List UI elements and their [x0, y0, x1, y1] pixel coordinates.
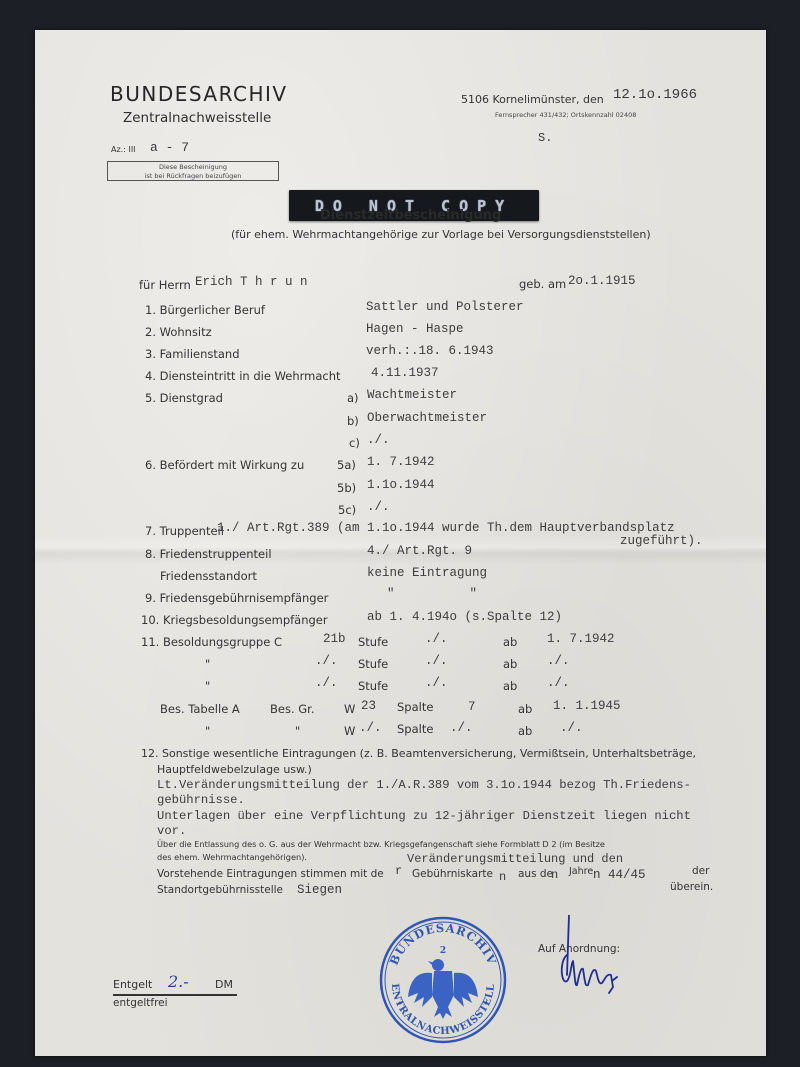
- pay-table-row2-w: W: [344, 724, 355, 738]
- pay-table-label: Bes. Tabelle A: [160, 702, 240, 716]
- field-peace-location-value: keine Eintragung: [367, 566, 487, 580]
- svg-text:BUNDESARCHIV: BUNDESARCHIV: [387, 921, 500, 967]
- field-promoted-label: 6. Befördert mit Wirkung zu: [145, 458, 304, 472]
- org-subdivision: Zentralnachweisstelle: [123, 110, 271, 126]
- eagle-icon: [408, 959, 478, 1019]
- pay-table-row2-from-label: ab: [518, 724, 532, 738]
- pay-row1-step: ./.: [425, 632, 448, 646]
- pay-row1-date: 1. 7.1942: [547, 632, 615, 646]
- promoted-c-key: 5c): [338, 503, 356, 517]
- document-subtitle: (für ehem. Wehrmachtangehörige zur Vorla…: [231, 228, 651, 241]
- pay-table-row1-date: 1. 1.1945: [553, 699, 621, 713]
- enclose-note-line2: ist bei Rückfragen beizufügen: [108, 172, 278, 181]
- remarks-line4: vor.: [157, 824, 186, 838]
- rank-b-key: b): [347, 414, 359, 428]
- pay-table-row1-w: W: [344, 702, 355, 716]
- remarks-line1: Lt.Veränderungsmitteilung der 1./A.R.389…: [157, 778, 691, 792]
- pay-table-row2-col: ./.: [450, 721, 473, 735]
- stamp-top-text: BUNDESARCHIV: [387, 921, 500, 967]
- remarks-line2: gebührnisse.: [157, 793, 245, 807]
- field-marital-value: verh.:.18. 6.1943: [366, 344, 494, 358]
- place-date-label: 5106 Kornelimünster, den: [461, 93, 604, 106]
- confirm-text-f: Standortgebührnisstelle: [157, 884, 283, 896]
- field-unit-value-cont: zugeführt).: [620, 534, 703, 548]
- discharge-note-line2: des ehem. Wehrmachtangehörigen).: [157, 852, 307, 862]
- field-peace-unit-label: 8. Friedenstruppenteil: [145, 547, 272, 561]
- issue-date: 12.1o.1966: [613, 87, 697, 103]
- field-residence-value: Hagen - Haspe: [366, 322, 464, 336]
- document-sheet: BUNDESARCHIV Zentralnachweisstelle Az.: …: [35, 30, 766, 1056]
- signature-icon: [555, 915, 635, 1015]
- rank-a-value: Wachtmeister: [367, 388, 457, 402]
- field-peace-pay-value: " ": [387, 587, 477, 601]
- field-marital-label: 3. Familienstand: [145, 347, 240, 361]
- field-rank-label: 5. Dienstgrad: [145, 391, 223, 405]
- field-peace-location-label: Friedensstandort: [160, 569, 257, 583]
- reference-value: a - 7: [150, 140, 189, 155]
- pay-table-row1-col: 7: [468, 700, 476, 714]
- pay-row2-grade: ./.: [315, 654, 338, 668]
- pay-row3-ditto: ": [205, 679, 210, 693]
- born-label: geb. am: [519, 277, 566, 291]
- stamp-number: 2: [440, 946, 446, 956]
- field-residence-label: 2. Wohnsitz: [145, 325, 212, 339]
- bundesarchiv-stamp: BUNDESARCHIV ZENTRALNACHWEISSTELLE 2: [378, 915, 508, 1045]
- promoted-c-value: ./.: [367, 500, 390, 514]
- rank-b-value: Oberwachtmeister: [367, 411, 487, 425]
- confirm-text-d: Jahre: [569, 866, 593, 877]
- pay-table-row2-ditto2: ": [295, 724, 300, 738]
- pay-row1-grade: 21b: [323, 632, 346, 646]
- pay-table-row2-col-label: Spalte: [397, 722, 433, 736]
- rank-a-key: a): [347, 391, 359, 405]
- fee-underline: [113, 994, 237, 996]
- pay-row3-grade: ./.: [315, 676, 338, 690]
- pay-table-group-label: Bes. Gr.: [270, 702, 315, 716]
- confirm-text-a: Vorstehende Eintragungen stimmen mit de: [157, 868, 384, 880]
- confirm-typed-n2: n: [551, 868, 558, 882]
- promoted-a-key: 5a): [337, 458, 356, 472]
- field-occupation-label: 1. Bürgerlicher Beruf: [145, 303, 265, 317]
- pay-table-row2-date: ./.: [560, 721, 583, 735]
- field-peace-unit-value: 4./ Art.Rgt. 9: [367, 544, 472, 558]
- born-date: 2o.1.1915: [568, 274, 636, 288]
- pay-row2-ditto: ": [205, 657, 210, 671]
- fee-free-label: entgeltfrei: [113, 997, 168, 1009]
- document-title: Dienstzeitbescheinigung: [320, 208, 501, 223]
- pay-row2-date: ./.: [547, 654, 570, 668]
- for-label: für Herrn: [139, 278, 191, 292]
- pay-row3-step-label: Stufe: [358, 679, 388, 693]
- enclose-note-line1: Diese Bescheinigung: [108, 163, 278, 172]
- field-war-pay-value: ab 1. 4.194o (s.Spalte 12): [367, 610, 562, 624]
- pay-row2-step-label: Stufe: [358, 657, 388, 671]
- confirm-text-g: überein.: [670, 881, 713, 893]
- pay-row1-from-label: ab: [503, 635, 517, 649]
- field-unit-label: 7. Truppenteil: [145, 524, 224, 538]
- promoted-a-value: 1. 7.1942: [367, 455, 435, 469]
- pay-table-row2-wv: ./.: [359, 721, 382, 735]
- pay-table-row1-from-label: ab: [518, 702, 532, 716]
- reference-label: Az.: III: [111, 145, 136, 154]
- confirm-text-b: Gebührniskarte: [412, 868, 493, 880]
- pay-row2-step: ./.: [425, 654, 448, 668]
- pay-row2-from-label: ab: [503, 657, 517, 671]
- confirm-typed-insert: Veränderungsmitteilung und den: [407, 852, 623, 866]
- pay-table-row2-ditto1: ": [205, 724, 210, 738]
- fee-label: Entgelt: [113, 978, 152, 991]
- discharge-note-line1: Über die Entlassung des o. G. aus der We…: [157, 839, 605, 849]
- remarks-line3: Unterlagen über eine Verpflichtung zu 12…: [157, 809, 691, 823]
- fee-value: 2.-: [168, 972, 189, 991]
- fee-currency: DM: [215, 978, 233, 991]
- field-occupation-value: Sattler und Polsterer: [366, 300, 524, 314]
- pay-row3-from-label: ab: [503, 679, 517, 693]
- field-war-pay-label: 10. Kriegsbesoldungsempfänger: [141, 613, 328, 627]
- pay-table-row1-wv: 23: [361, 699, 376, 713]
- remarks-label-cont: Hauptfeldwebelzulage usw.): [157, 763, 312, 776]
- remarks-label: 12. Sonstige wesentliche Eintragungen (z…: [141, 747, 696, 760]
- pay-row3-date: ./.: [547, 676, 570, 690]
- confirm-text-e: der: [692, 865, 709, 877]
- pay-table-row1-col-label: Spalte: [397, 700, 433, 714]
- reference-initial: S.: [538, 131, 552, 145]
- phone-line: Fernsprecher 431/432; Ortskennzahl 02408: [495, 111, 636, 119]
- pay-row1-step-label: Stufe: [358, 635, 388, 649]
- pay-row3-step: ./.: [425, 676, 448, 690]
- field-enlistment-value: 4.11.1937: [371, 366, 439, 380]
- org-name: BUNDESARCHIV: [110, 82, 288, 106]
- confirm-typed-r: r: [395, 864, 402, 878]
- pay-group-label: 11. Besoldungsgruppe C: [141, 635, 282, 649]
- enclose-note-box: Diese Bescheinigung ist bei Rückfragen b…: [107, 161, 279, 181]
- confirm-text-c: aus de: [518, 868, 553, 880]
- rank-c-value: ./.: [367, 433, 390, 447]
- field-enlistment-label: 4. Diensteintritt in die Wehrmacht: [145, 369, 341, 383]
- confirm-typed-n1: n: [499, 870, 506, 884]
- field-peace-pay-label: 9. Friedensgebührnisempfänger: [145, 591, 328, 605]
- field-unit-value: 1./ Art.Rgt.389 (am 1.1o.1944 wurde Th.d…: [217, 521, 675, 535]
- confirm-place: Siegen: [297, 883, 342, 897]
- rank-c-key: c): [349, 436, 360, 450]
- confirm-typed-years: n 44/45: [593, 868, 646, 882]
- promoted-b-key: 5b): [337, 481, 356, 495]
- person-name: Erich T h r u n: [195, 275, 308, 289]
- promoted-b-value: 1.1o.1944: [367, 478, 435, 492]
